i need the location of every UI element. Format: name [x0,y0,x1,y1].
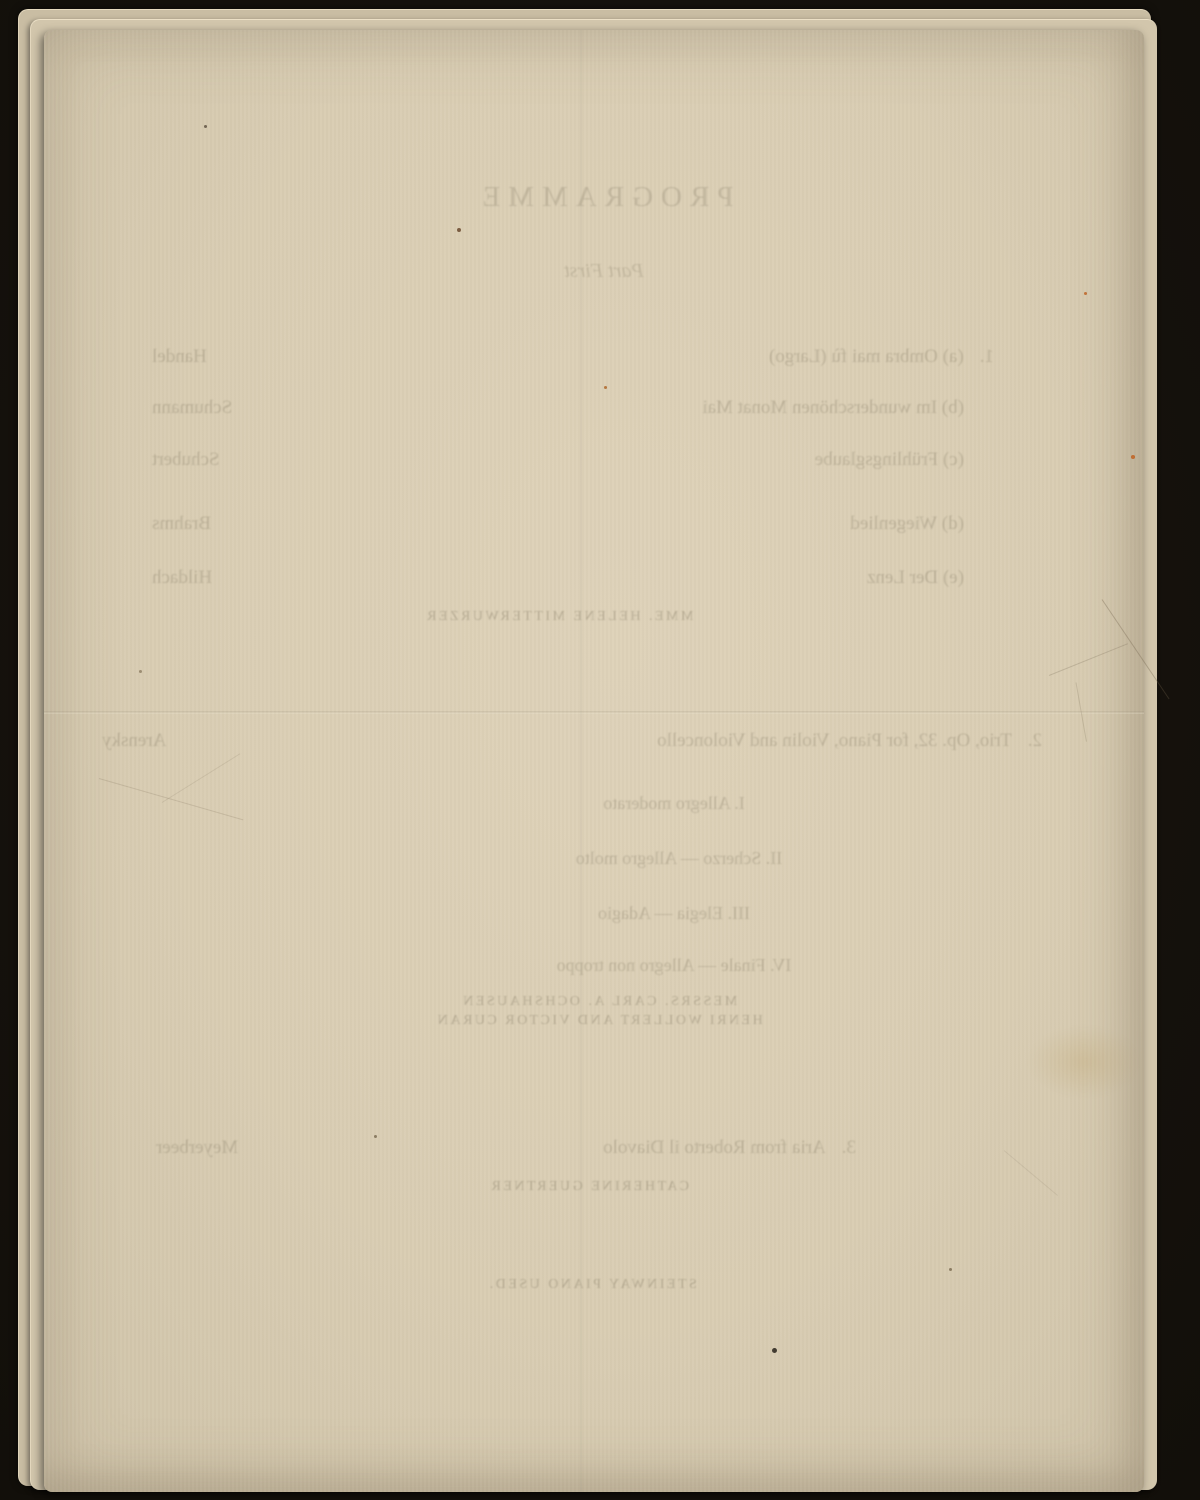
paper-crack [1004,1150,1058,1196]
dust-speck [772,1348,777,1353]
ghost-composer: Schubert [152,450,240,471]
paper-crack [1049,643,1128,676]
ghost-movement-3: III. Elegia — Adagio [544,904,804,924]
dust-speck [604,386,607,389]
paper-crack [99,778,243,820]
ghost-song-title: Frühlingsglaube [815,450,939,471]
program-page-verso: PROGRAMME Part First 1. (a) Ombra mai fù… [44,30,1144,1492]
ghost-aria-performer: CATHERINE GUERTNER [384,1179,794,1194]
ghost-song-line-b: (b) Im wunderschönen Monat Mai Schumann [152,398,994,419]
ghost-song-title: Wiegenlied [850,514,937,535]
ghost-composer: Brahms [152,514,231,535]
dust-speck [204,125,207,128]
dust-speck [374,1135,377,1138]
ghost-song-item: (c) [943,450,994,471]
ghost-subtitle: Part First [464,260,744,282]
ghost-trio-title: Trio, Op. 32, for Piano, Violin and Viol… [657,731,1012,752]
ghost-aria-title: Aria from Roberto il Diavolo [603,1138,826,1159]
fold-crease-horizontal [44,711,1144,714]
ghost-song-line-e: (e) Der Lenz Hildach [152,568,994,589]
ghost-composer: Meyerbeer [156,1138,258,1159]
ghost-performers-line-1: MESSRS. CARL A. OCHSHAUSEN [374,994,824,1009]
ghost-composer: Hildach [152,568,232,589]
dust-speck [139,670,142,673]
ghost-movement-4: IV. Finale — Allegro non troppo [506,956,842,976]
ghost-song-item: (d) [942,514,994,535]
ghost-trio-line: 2. Trio, Op. 32, for Piano, Violin and V… [102,731,1042,752]
ghost-soloist-name: MME. HELENE MITTERWURZER [344,609,774,624]
dust-speck [1131,455,1135,459]
ghost-song-line-c: (c) Frühlingsglaube Schubert [152,450,994,471]
ghost-composer: Schumann [152,398,252,419]
dust-speck [1084,292,1087,295]
ghost-movement-1: I. Allegro moderato [544,794,804,814]
ghost-movement-2: II. Scherzo — Allegro molto [524,849,834,869]
ghost-song-title: Im wunderschönen Monat Mai [702,398,937,419]
ghost-song-title: Der Lenz [867,568,938,589]
dust-speck [457,228,461,232]
ghost-aria-line: 3. Aria from Roberto il Diavolo Meyerbee… [156,1138,856,1159]
ghost-group-number: 1. [964,347,994,368]
ghost-composer: Arensky [102,731,186,752]
ghost-song-item: (a) [943,347,964,368]
fold-crease-vertical [580,30,582,1492]
ghost-composer: Handel [152,347,227,368]
ghost-group-number: 3. [826,1138,856,1159]
ghost-song-item: (e) [943,568,994,589]
ghost-song-line-a: 1. (a) Ombra mai fù (Largo) Handel [152,347,994,368]
paper-stain [1028,1026,1140,1098]
ghost-song-line-d: (d) Wiegenlied Brahms [152,514,994,535]
photo-backdrop: PROGRAMME Part First 1. (a) Ombra mai fù… [0,0,1200,1500]
dust-speck [949,1268,952,1271]
ghost-group-number: 2. [1012,731,1042,752]
paper-crack [162,753,241,803]
ghost-song-title: Ombra mai fù (Largo) [769,347,938,368]
ghost-title: PROGRAMME [384,182,824,214]
ghost-footer-note: STEINWAY PIANO USED. [432,1277,752,1292]
ghost-performers-line-2: HENRI WOLLERT AND VICTOR CURAN [364,1013,834,1028]
ghost-song-item: (b) [942,398,994,419]
